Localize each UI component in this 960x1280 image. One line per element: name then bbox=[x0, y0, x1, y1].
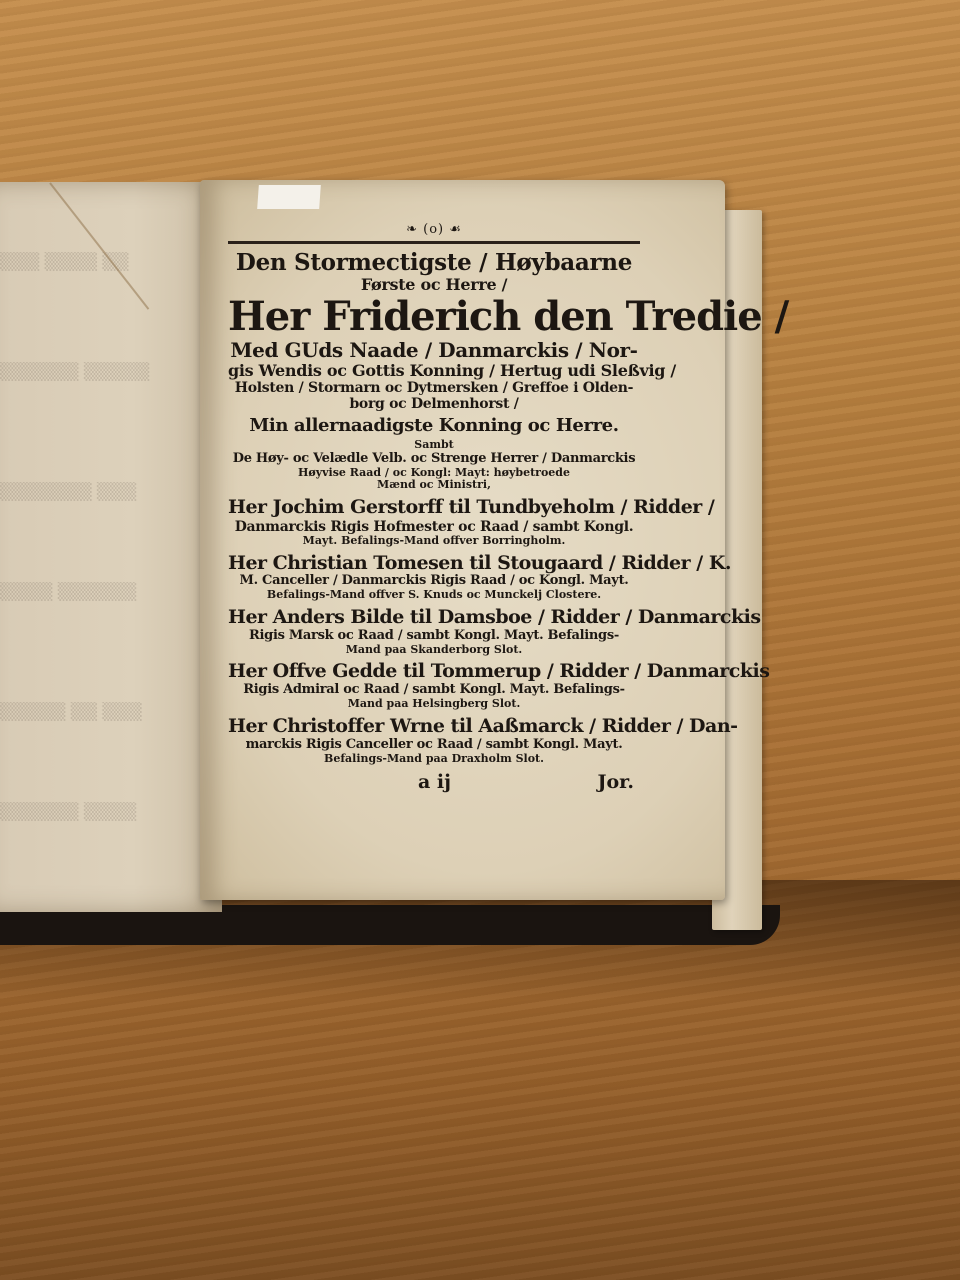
bleed-through-text: ▒▒▒▒ ▒▒▒▒▒▒ bbox=[0, 582, 198, 602]
entry-name: Her Jochim Gerstorff til Tundbyeholm / R… bbox=[228, 497, 640, 519]
page-footer: a ij Jor. bbox=[228, 765, 640, 793]
entry-line: Befalings-Mand offver S. Knuds oc Muncke… bbox=[228, 589, 640, 602]
entry-line: Rigis Admiral oc Raad / sambt Kongl. May… bbox=[228, 683, 640, 698]
catchword: Jor. bbox=[597, 771, 634, 793]
entry: Her Offve Gedde til Tommerup / Ridder / … bbox=[228, 661, 640, 710]
entry: Her Christian Tomesen til Stougaard / Ri… bbox=[228, 553, 640, 602]
text-line: Holsten / Stormarn oc Dytmersken / Greff… bbox=[228, 380, 640, 396]
council-line: De Høy- oc Velædle Velb. oc Strenge Herr… bbox=[228, 452, 640, 467]
text-line: borg oc Delmenhorst / bbox=[228, 396, 640, 412]
council-line: Mænd oc Ministri, bbox=[228, 479, 640, 492]
entry: Her Jochim Gerstorff til Tundbyeholm / R… bbox=[228, 497, 640, 548]
text-line: Min allernaadigste Konning oc Herre. bbox=[228, 416, 640, 437]
bleed-through-text: ▒▒▒▒▒▒▒ ▒▒▒ bbox=[0, 482, 198, 502]
page-text: ❧ (o) ☙ Den Stormectigste / Høybaarne Fø… bbox=[228, 222, 640, 793]
signature-mark: a ij bbox=[418, 771, 451, 793]
entry-line: Mand paa Helsingberg Slot. bbox=[228, 698, 640, 711]
left-page: ▒▒▒ ▒▒▒▒ ▒▒ ▒▒▒▒▒▒ ▒▒▒▒▒ ▒▒▒▒▒▒▒ ▒▒▒ ▒▒▒… bbox=[0, 182, 222, 912]
entry-name: Her Christoffer Wrne til Aaßmarck / Ridd… bbox=[228, 716, 640, 738]
title-line-1: Den Stormectigste / Høybaarne bbox=[228, 250, 640, 276]
title-name: Her Friderich den Tredie / bbox=[228, 295, 640, 339]
entry-line: Befalings-Mand paa Draxholm Slot. bbox=[228, 753, 640, 766]
bleed-through-text: ▒▒▒▒▒▒ ▒▒▒▒▒ bbox=[0, 362, 198, 382]
entry-line: marckis Rigis Canceller oc Raad / sambt … bbox=[228, 738, 640, 753]
bleed-through-text: ▒▒▒ ▒▒▒▒ ▒▒ bbox=[0, 252, 198, 272]
entry: Her Christoffer Wrne til Aaßmarck / Ridd… bbox=[228, 716, 640, 765]
entry-line: Danmarckis Rigis Hofmester oc Raad / sam… bbox=[228, 519, 640, 535]
entry-name: Her Offve Gedde til Tommerup / Ridder / … bbox=[228, 661, 640, 683]
text-line: gis Wendis oc Gottis Konning / Hertug ud… bbox=[228, 362, 640, 380]
sambt-line: Sambt bbox=[228, 439, 640, 452]
paper-tab bbox=[257, 185, 321, 209]
header-ornament: ❧ (o) ☙ bbox=[228, 222, 640, 237]
entry: Her Anders Bilde til Damsboe / Ridder / … bbox=[228, 607, 640, 656]
header-rule bbox=[228, 241, 640, 244]
entry-line: Mayt. Befalings-Mand offver Borringholm. bbox=[228, 535, 640, 548]
text-line: Med GUds Naade / Danmarckis / Nor- bbox=[228, 339, 640, 362]
entry-line: Mand paa Skanderborg Slot. bbox=[228, 644, 640, 657]
bleed-through-text: ▒▒▒▒▒ ▒▒ ▒▒▒ bbox=[0, 702, 198, 722]
entry-line: M. Canceller / Danmarckis Rigis Raad / o… bbox=[228, 574, 640, 589]
entry-line: Rigis Marsk oc Raad / sambt Kongl. Mayt.… bbox=[228, 629, 640, 644]
bleed-through-text: ▒▒▒▒▒▒ ▒▒▒▒ bbox=[0, 802, 198, 822]
entry-name: Her Anders Bilde til Damsboe / Ridder / … bbox=[228, 607, 640, 629]
entry-name: Her Christian Tomesen til Stougaard / Ri… bbox=[228, 553, 640, 575]
